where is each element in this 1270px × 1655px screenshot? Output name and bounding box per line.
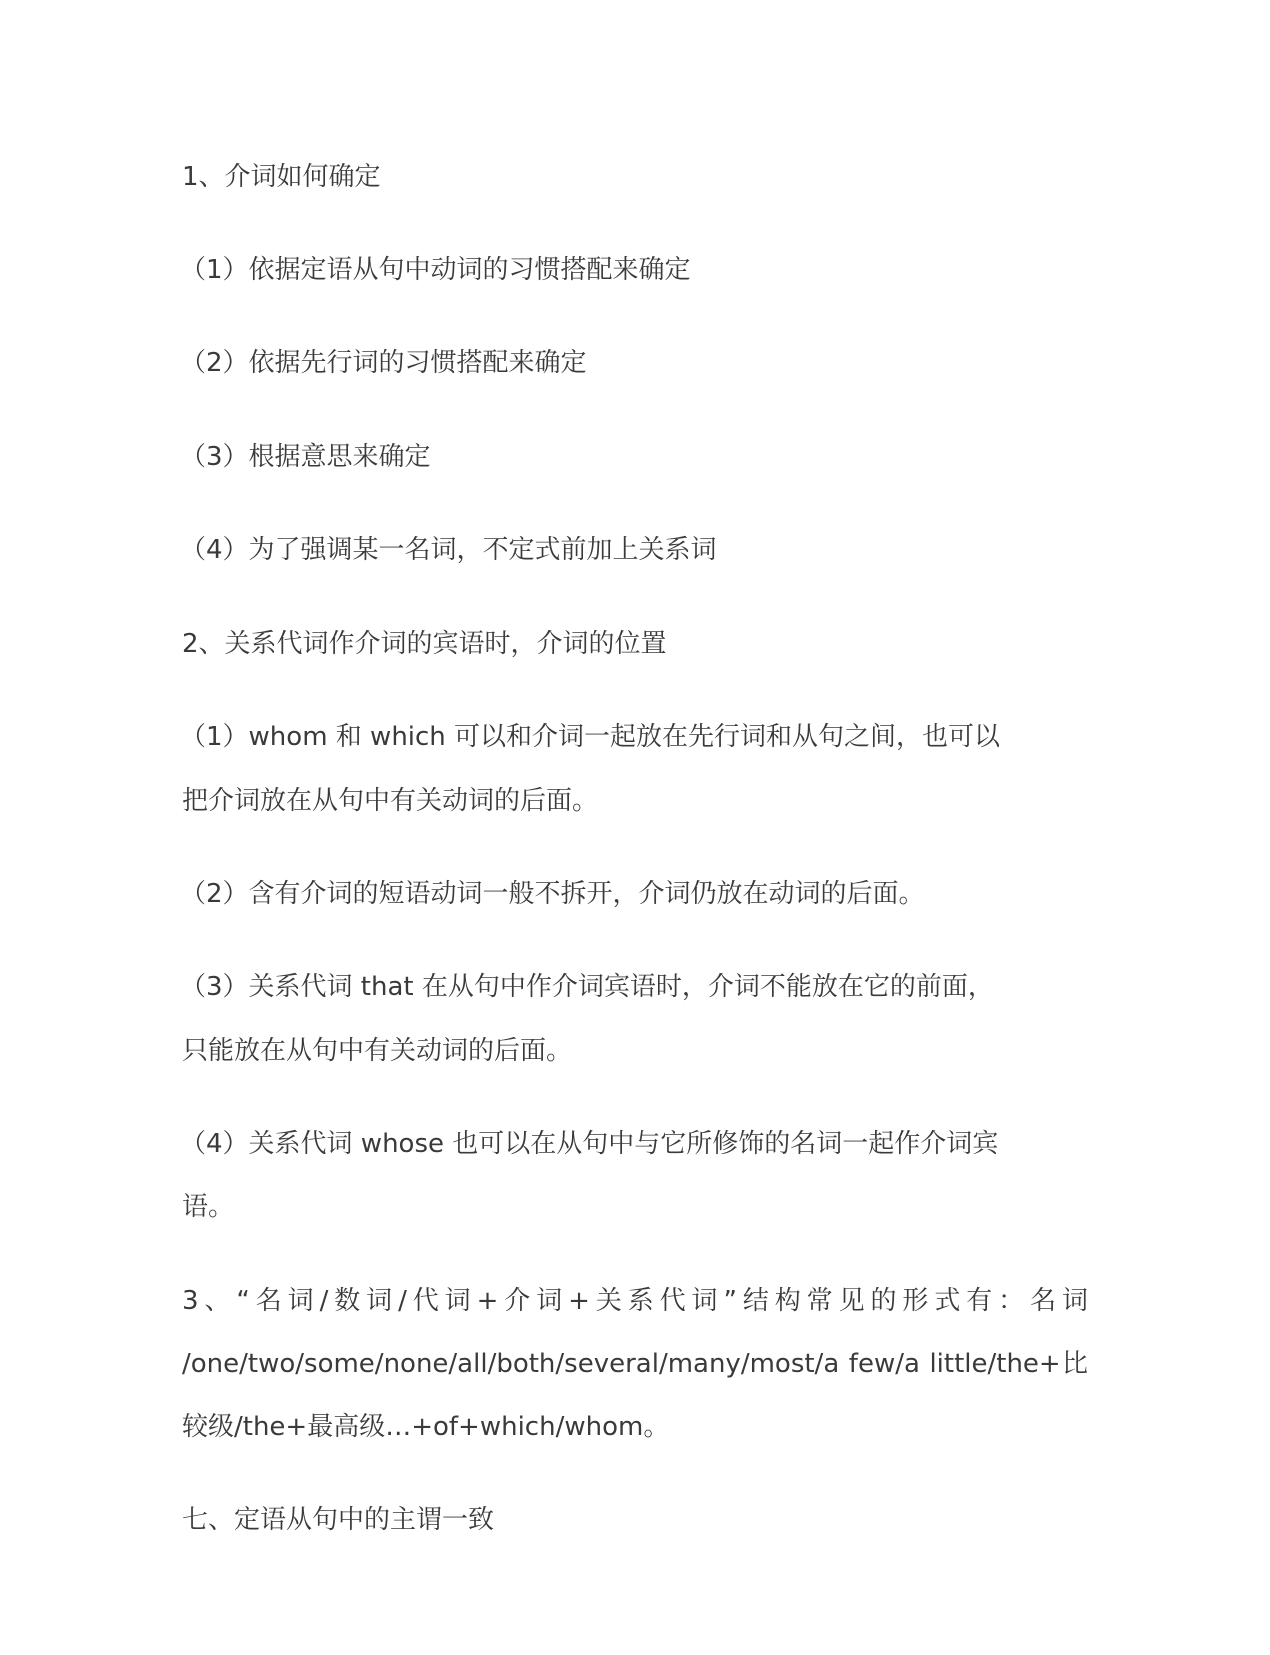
list-item: （3）关系代词 that 在从句中作介词宾语时，介词不能放在它的前面， <box>180 970 1080 1004</box>
list-item: （4）关系代词 whose 也可以在从句中与它所修饰的名词一起作介词宾 <box>180 1127 1080 1161</box>
list-item: （1）依据定语从句中动词的习惯搭配来确定 <box>180 253 1080 287</box>
section-heading-2: 2、关系代词作介词的宾语时，介词的位置 <box>182 627 1082 661</box>
section-heading-3-continuation: 较级/the+最高级…+of+which/whom。 <box>182 1410 1082 1444</box>
list-item: （4）为了强调某一名词，不定式前加上关系词 <box>180 533 1080 567</box>
section-heading-3: 3、“名词/数词/代词+介词+关系代词”结构常见的形式有：名词 <box>182 1284 1088 1318</box>
list-item: （2）依据先行词的习惯搭配来确定 <box>180 346 1080 380</box>
list-item: （3）根据意思来确定 <box>180 440 1080 474</box>
list-item-continuation: 把介词放在从句中有关动词的后面。 <box>182 784 1082 818</box>
section-heading-3-continuation: /one/two/some/none/all/both/several/many… <box>182 1347 1088 1381</box>
document-page: 1、介词如何确定 （1）依据定语从句中动词的习惯搭配来确定 （2）依据先行词的习… <box>0 0 1270 1655</box>
section-heading-1: 1、介词如何确定 <box>182 160 1082 194</box>
list-item-continuation: 只能放在从句中有关动词的后面。 <box>182 1034 1082 1068</box>
list-item-continuation: 语。 <box>182 1190 1082 1224</box>
list-item: （2）含有介词的短语动词一般不拆开，介词仍放在动词的后面。 <box>180 877 1080 911</box>
chapter-heading-7: 七、定语从句中的主谓一致 <box>182 1503 1082 1537</box>
list-item: （1）whom 和 which 可以和介词一起放在先行词和从句之间，也可以 <box>180 720 1080 754</box>
